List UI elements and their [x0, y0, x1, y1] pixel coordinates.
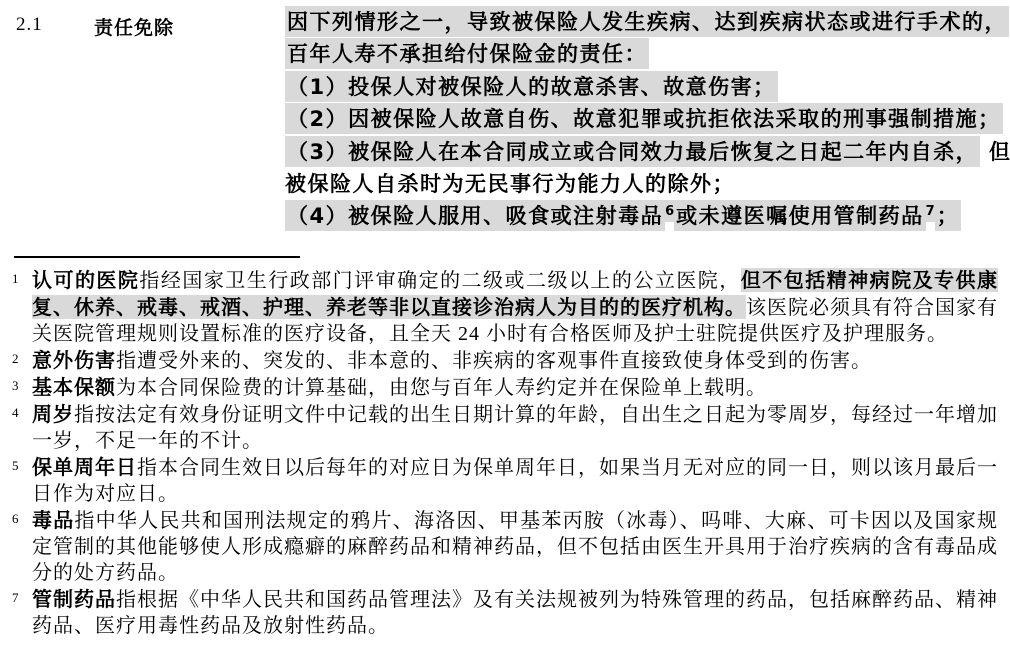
- footnote-list: 1认可的医院指经国家卫生行政部门评审确定的二级或二级以上的公立医院，但不包括精神…: [14, 267, 998, 639]
- footnote-marker: 2: [12, 346, 19, 372]
- clause-line: （3）被保险人在本合同成立或合同效力最后恢复之日起二年内自杀， 但: [285, 136, 1010, 168]
- clause-text: ；: [935, 200, 962, 231]
- footnotes-section: 1认可的医院指经国家卫生行政部门评审确定的二级或二级以上的公立医院，但不包括精神…: [14, 256, 998, 639]
- footnote-ref: 6: [665, 200, 674, 222]
- footnote-marker: 6: [12, 506, 19, 532]
- footnote-text: 指本合同生效日以后每年的对应日为保单周年日，如果当月无对应的同一日，则以该月最后…: [32, 457, 998, 505]
- clause-line: 因下列情形之一，导致被保险人发生疾病、达到疾病状态或进行手术的，: [285, 6, 1010, 38]
- clause-text: 百年人寿不承担给付保险金的责任：: [285, 38, 649, 69]
- clause-line: （4）被保险人服用、吸食或注射毒品6或未遵医嘱使用管制药品7；: [285, 200, 1010, 232]
- footnote-marker: 1: [12, 266, 19, 292]
- footnote-text: 为本合同保险费的计算基础，由您与百年人寿约定并在保险单上载明。: [116, 377, 767, 399]
- clause-text: （2）因被保险人故意自伤、故意犯罪或抗拒依法采取的刑事强制措施；: [285, 103, 1003, 134]
- clause-text: （3）被保险人在本合同成立或合同效力最后恢复之日起二年内自杀，: [285, 136, 980, 167]
- footnote: 1认可的医院指经国家卫生行政部门评审确定的二级或二级以上的公立医院，但不包括精神…: [14, 267, 998, 347]
- footnote-ref: 7: [926, 200, 935, 222]
- clause-text: 或未遵医嘱使用管制药品: [674, 200, 926, 231]
- footnote-text: 保单周年日: [32, 455, 137, 479]
- clause-line: （2）因被保险人故意自伤、故意犯罪或抗拒依法采取的刑事强制措施；: [285, 103, 1010, 135]
- section-number: 2.1: [16, 14, 43, 36]
- footnote: 4周岁指按法定有效身份证明文件中记载的出生日期计算的年龄，自出生之日起为零周岁，…: [14, 401, 998, 454]
- clause-text: （4）被保险人服用、吸食或注射毒品: [285, 200, 665, 231]
- footnote-text: 意外伤害: [32, 348, 116, 372]
- footnote-marker: 4: [12, 400, 19, 426]
- footnote-text: 管制药品: [32, 587, 116, 611]
- clause-line: （1）投保人对被保险人的故意杀害、故意伤害；: [285, 71, 1010, 103]
- clause-lines: 因下列情形之一，导致被保险人发生疾病、达到疾病状态或进行手术的，百年人寿不承担给…: [285, 6, 1010, 233]
- footnote-separator: [14, 256, 300, 258]
- footnote-text: 周岁: [32, 402, 74, 426]
- footnote: 2意外伤害指遭受外来的、突发的、非本意的、非疾病的客观事件直接致使身体受到的伤害…: [14, 347, 998, 374]
- clause-text: 被保险人自杀时为无民事行为能力人的除外；: [285, 172, 735, 196]
- clause-text: （1）投保人对被保险人的故意杀害、故意伤害；: [285, 71, 778, 102]
- footnote-text: 指经国家卫生行政部门评审确定的二级或二级以上的公立医院，: [139, 270, 740, 292]
- clause-text: 因下列情形之一，导致被保险人发生疾病、达到疾病状态或进行手术的，: [285, 6, 1009, 37]
- footnote: 6毒品指中华人民共和国刑法规定的鸦片、海洛因、甲基苯丙胺（冰毒）、吗啡、大麻、可…: [14, 507, 998, 586]
- clause-line: 百年人寿不承担给付保险金的责任：: [285, 38, 1010, 70]
- footnote-text: 指根据《中华人民共和国药品管理法》及有关法规被列为特殊管理的药品，包括麻醉药品、…: [32, 589, 998, 637]
- footnote-text: 指遭受外来的、突发的、非本意的、非疾病的客观事件直接致使身体受到的伤害。: [116, 350, 872, 372]
- footnote-text: 毒品: [32, 508, 74, 532]
- footnote-marker: 7: [12, 585, 19, 611]
- section-title: 责任免除: [94, 13, 174, 40]
- footnote-text: 指按法定有效身份证明文件中记载的出生日期计算的年龄，自出生之日起为零周岁，每经过…: [32, 404, 998, 452]
- footnote-text: 基本保额: [32, 375, 116, 399]
- footnote-marker: 5: [12, 453, 19, 479]
- footnote: 7管制药品指根据《中华人民共和国药品管理法》及有关法规被列为特殊管理的药品，包括…: [14, 586, 998, 639]
- clause-line: 被保险人自杀时为无民事行为能力人的除外；: [285, 168, 1010, 200]
- footnote-text: 指中华人民共和国刑法规定的鸦片、海洛因、甲基苯丙胺（冰毒）、吗啡、大麻、可卡因以…: [32, 510, 998, 584]
- document-page: 2.1 责任免除 因下列情形之一，导致被保险人发生疾病、达到疾病状态或进行手术的…: [0, 0, 1010, 652]
- footnote-marker: 3: [12, 373, 19, 399]
- footnote-text: 认可的医院: [32, 268, 139, 292]
- footnote: 3基本保额为本合同保险费的计算基础，由您与百年人寿约定并在保险单上载明。: [14, 374, 998, 401]
- clause-text: 但: [980, 140, 1010, 164]
- footnote: 5保单周年日指本合同生效日以后每年的对应日为保单周年日，如果当月无对应的同一日，…: [14, 454, 998, 507]
